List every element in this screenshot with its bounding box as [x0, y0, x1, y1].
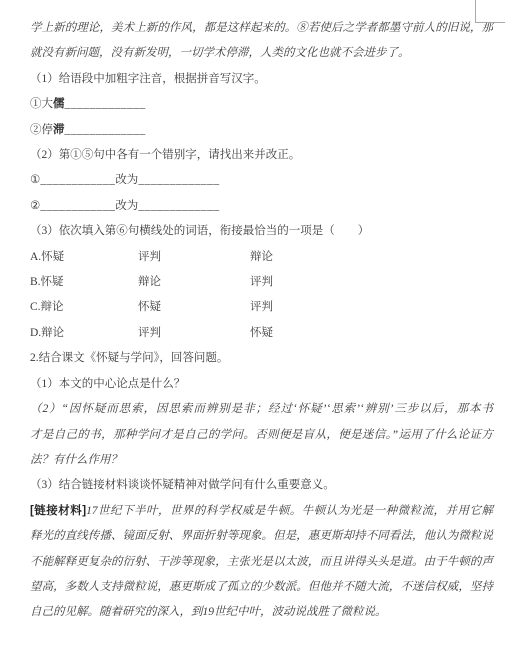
option-row-c: C.辩论怀疑评判: [30, 295, 493, 320]
passage-line-1: 学上新的理论，美术上新的作风，都是这样起来的。⑧若使后之学者都墨守前人的旧说，那: [30, 16, 493, 41]
option-a-col-3: 辩论: [250, 245, 493, 270]
option-c-col-1: C.辩论: [30, 295, 138, 320]
material-line-5: 自己的见解。随着研究的深入，到19世纪中叶，波动说战胜了微粒说。: [30, 600, 493, 625]
correction-2-blank-2: _____________: [138, 200, 219, 212]
pinyin-item-2: ②停滞_____________: [30, 118, 493, 143]
question-1-3-stem: （3）依次填入第⑥句横线处的词语，衔接最恰当的一项是（ ）: [30, 219, 493, 244]
question-2-2-line-3: 法？有什么作用？: [30, 448, 493, 473]
option-d-col-2: 评判: [138, 321, 250, 346]
pinyin-item-1: ①大儒_____________: [30, 92, 493, 117]
correction-2-mid: 改为: [115, 200, 138, 212]
correction-1-mid: 改为: [115, 174, 138, 186]
correction-item-2: ②____________改为_____________: [30, 194, 493, 219]
question-1-2-stem: （2）第①⑤句中各有一个错别字，请找出来并改正。: [30, 143, 493, 168]
correction-1-num: ①: [30, 174, 40, 186]
correction-1-blank-1: ____________: [40, 174, 115, 186]
option-d-col-1: D.辩论: [30, 321, 138, 346]
option-row-d: D.辩论评判怀疑: [30, 321, 493, 346]
question-2-3: （3）结合链接材料谈谈怀疑精神对做学问有什么重要意义。: [30, 473, 493, 498]
question-2-stem: 2.结合课文《怀疑与学问》，回答问题。: [30, 346, 493, 371]
correction-1-blank-2: _____________: [138, 174, 219, 186]
correction-2-num: ②: [30, 200, 40, 212]
option-b-col-1: B.怀疑: [30, 270, 138, 295]
material-label: [链接材料]: [30, 505, 86, 517]
material-line-1: [链接材料]17世纪下半叶，世界的科学权威是牛顿。牛顿认为光是一种微粒流，并用它…: [30, 499, 493, 524]
material-line-1-text: 17世纪下半叶，世界的科学权威是牛顿。牛顿认为光是一种微粒流，并用它解: [86, 505, 493, 517]
option-b-col-2: 辩论: [138, 270, 250, 295]
pinyin-item-1-prefix: ①大: [30, 98, 53, 110]
question-2-2-line-2: 才是自己的书，那种学问才是自己的学问。否则便是盲从，便是迷信。”运用了什么论证方: [30, 423, 493, 448]
question-2-2-line-1: （2）“因怀疑而思索，因思索而辨别是非；经过‘怀疑’‘思索’‘辨别’三步以后，那…: [30, 397, 493, 422]
option-row-b: B.怀疑辩论评判: [30, 270, 493, 295]
correction-item-1: ①____________改为_____________: [30, 168, 493, 193]
pinyin-item-2-blank: _____________: [65, 124, 146, 136]
option-b-col-3: 评判: [250, 270, 493, 295]
question-2-1: （1）本文的中心论点是什么？: [30, 372, 493, 397]
option-a-col-2: 评判: [138, 245, 250, 270]
question-1-1-stem: （1）给语段中加粗字注音，根据拼音写汉字。: [30, 67, 493, 92]
option-d-col-3: 怀疑: [250, 321, 493, 346]
document-page: 学上新的理论，美术上新的作风，都是这样起来的。⑧若使后之学者都墨守前人的旧说，那…: [0, 0, 523, 656]
option-a-col-1: A.怀疑: [30, 245, 138, 270]
material-line-3: 不能解释更复杂的衍射、干涉等现象，主张光是以太波，而且讲得头头是道。由于牛顿的声: [30, 550, 493, 575]
frame-corner-mark: [475, 0, 505, 23]
pinyin-item-2-prefix: ②停: [30, 124, 53, 136]
material-line-2: 释光的直线传播、镜面反射、界面折射等现象。但是，惠更斯却持不同看法，他认为微粒说: [30, 524, 493, 549]
correction-2-blank-1: ____________: [40, 200, 115, 212]
material-line-4: 望高，多数人支持微粒说，惠更斯成了孤立的少数派。但他并不随大流，不迷信权威，坚持: [30, 575, 493, 600]
option-c-col-2: 怀疑: [138, 295, 250, 320]
pinyin-item-1-bold-char: 儒: [53, 98, 65, 110]
pinyin-item-1-blank: _____________: [65, 98, 146, 110]
option-row-a: A.怀疑评判辩论: [30, 245, 493, 270]
passage-line-2: 就没有新问题，没有新发明，一切学术停滞，人类的文化也就不会进步了。: [30, 41, 493, 66]
option-c-col-3: 评判: [250, 295, 493, 320]
pinyin-item-2-bold-char: 滞: [53, 124, 65, 136]
